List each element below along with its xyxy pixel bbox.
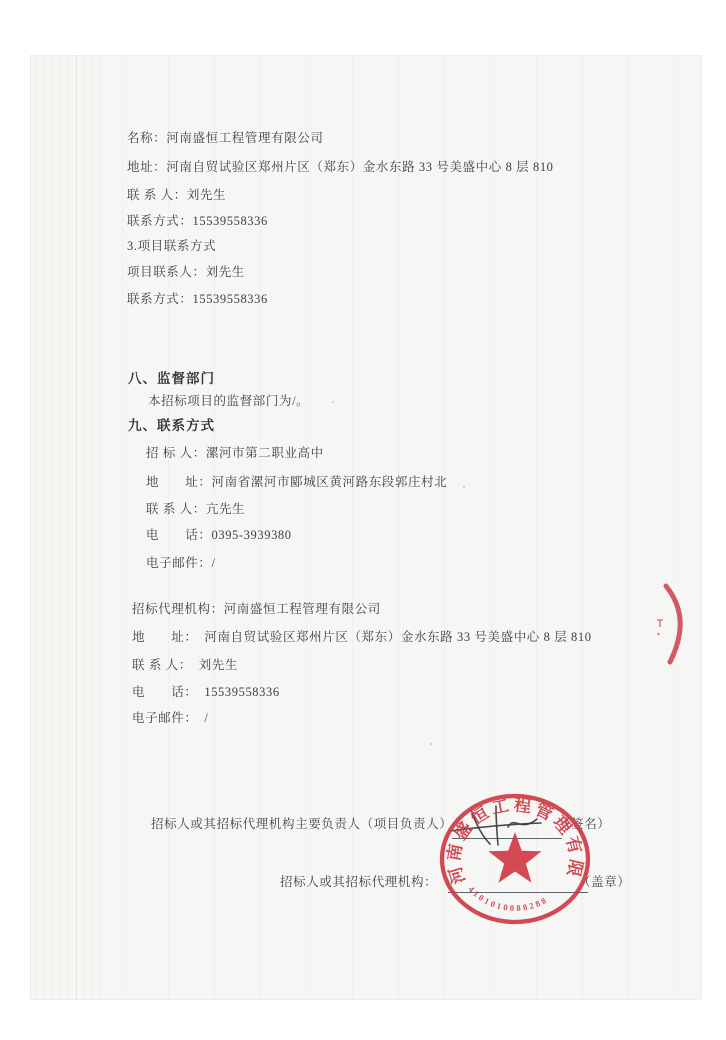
section-supervision-heading: 八、监督部门 [128, 371, 215, 386]
section-contact-heading: 九、联系方式 [128, 418, 215, 433]
field-agency-contact-2: 联 系 人： 刘先生 [132, 658, 238, 673]
scan-speck [463, 486, 465, 488]
field-agency-address-2: 地 址： 河南自贸试验区郑州片区（郑东）金水东路 33 号美盛中心 8 层 81… [132, 630, 592, 645]
field-agency-name: 名称：河南盛恒工程管理有限公司 [127, 131, 324, 146]
field-tenderee-contact: 联 系 人：亢先生 [146, 502, 245, 517]
scan-speck [318, 140, 322, 142]
scan-speck [430, 743, 432, 745]
field-agency-phone-2: 电 话： 15539558336 [132, 685, 280, 700]
section-supervision-body: 本招标项目的监督部门为/。 [148, 394, 309, 409]
seal-number-text: 4101010088288 [467, 884, 551, 913]
scan-speck [237, 508, 239, 513]
field-agency-contact-phone: 联系方式：15539558336 [127, 214, 268, 229]
scan-speck [332, 401, 334, 403]
company-seal-stamp: 河南盛恒工程管理有限公司 4101010088288 [435, 790, 600, 930]
project-contact-heading: 3.项目联系方式 [127, 239, 216, 254]
signature-responsible-label: 招标人或其招标代理机构主要负责人（项目负责人） [151, 817, 452, 832]
field-tenderee-email: 电子邮件：/ [146, 556, 216, 571]
field-agency-address: 地址：河南自贸试验区郑州片区（郑东）金水东路 33 号美盛中心 8 层 810 [127, 160, 554, 175]
signature-org-label: 招标人或其招标代理机构： [280, 875, 437, 890]
seal-star-icon [488, 832, 541, 883]
field-agency-email-2: 电子邮件： / [132, 711, 208, 726]
field-tenderee-address: 地 址：河南省漯河市郾城区黄河路东段郭庄村北 [146, 475, 447, 490]
project-contact-phone: 联系方式：15539558336 [127, 292, 268, 307]
scanned-tender-document: 名称：河南盛恒工程管理有限公司 地址：河南自贸试验区郑州片区（郑东）金水东路 3… [0, 0, 726, 1040]
field-agency: 招标代理机构：河南盛恒工程管理有限公司 [132, 602, 381, 617]
field-tenderee: 招 标 人：漯河市第二职业高中 [146, 446, 324, 461]
field-agency-contact-person: 联 系 人：刘先生 [127, 188, 226, 203]
field-tenderee-phone: 电 话：0395-3939380 [146, 528, 292, 543]
project-contact-person: 项目联系人：刘先生 [127, 265, 245, 280]
partial-seal-arc [650, 578, 726, 673]
